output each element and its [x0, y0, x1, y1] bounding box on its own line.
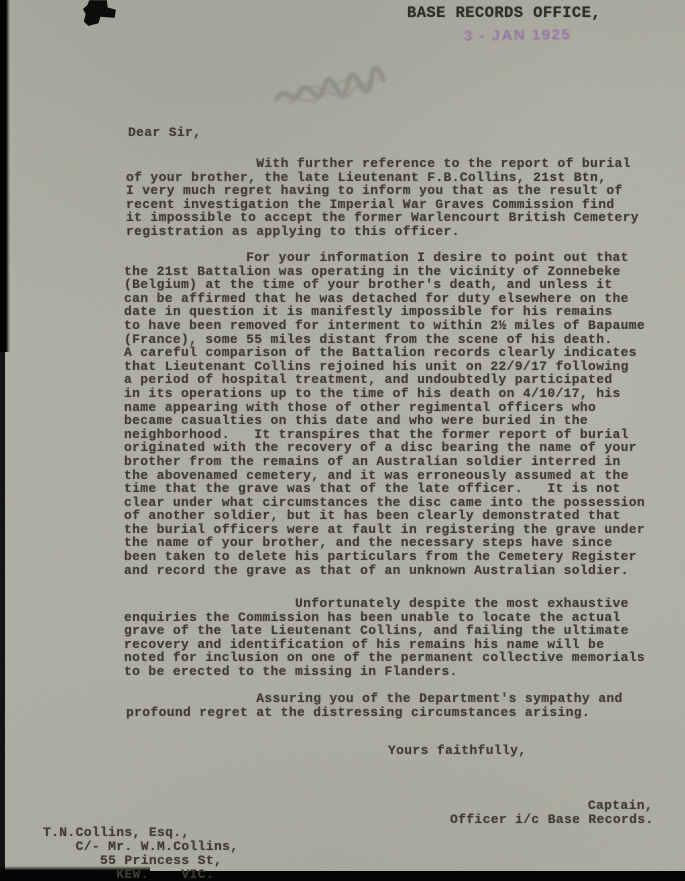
paragraph-3: Unfortunately despite the most exhaustiv… [124, 597, 645, 679]
date-stamp: 3 - JAN 1925 [464, 26, 571, 44]
signature-title: Officer i/c Base Records. [450, 812, 654, 827]
scan-edge-left-top [0, 0, 10, 352]
signature-rank: Captain, [588, 798, 653, 813]
letter-scan: BASE RECORDS OFFICE, 3 - JAN 1925 Dear S… [0, 0, 685, 881]
paragraph-4: Assuring you of the Department's sympath… [126, 692, 623, 719]
valediction: Yours faithfully, [388, 744, 526, 758]
letterhead-office: BASE RECORDS OFFICE, [407, 7, 601, 21]
paragraph-2: For your information I desire to point o… [124, 251, 645, 577]
paper-tear-mark [70, 0, 116, 27]
recipient-address: T.N.Collins, Esq., C/- Mr. W.M.Collins, … [43, 826, 238, 881]
signature-block: Captain, Officer i/c Base Records. [450, 799, 653, 827]
paragraph-1: With further reference to the report of … [126, 157, 639, 239]
salutation: Dear Sir, [128, 126, 201, 140]
ink-smudge-stamp [267, 60, 430, 113]
